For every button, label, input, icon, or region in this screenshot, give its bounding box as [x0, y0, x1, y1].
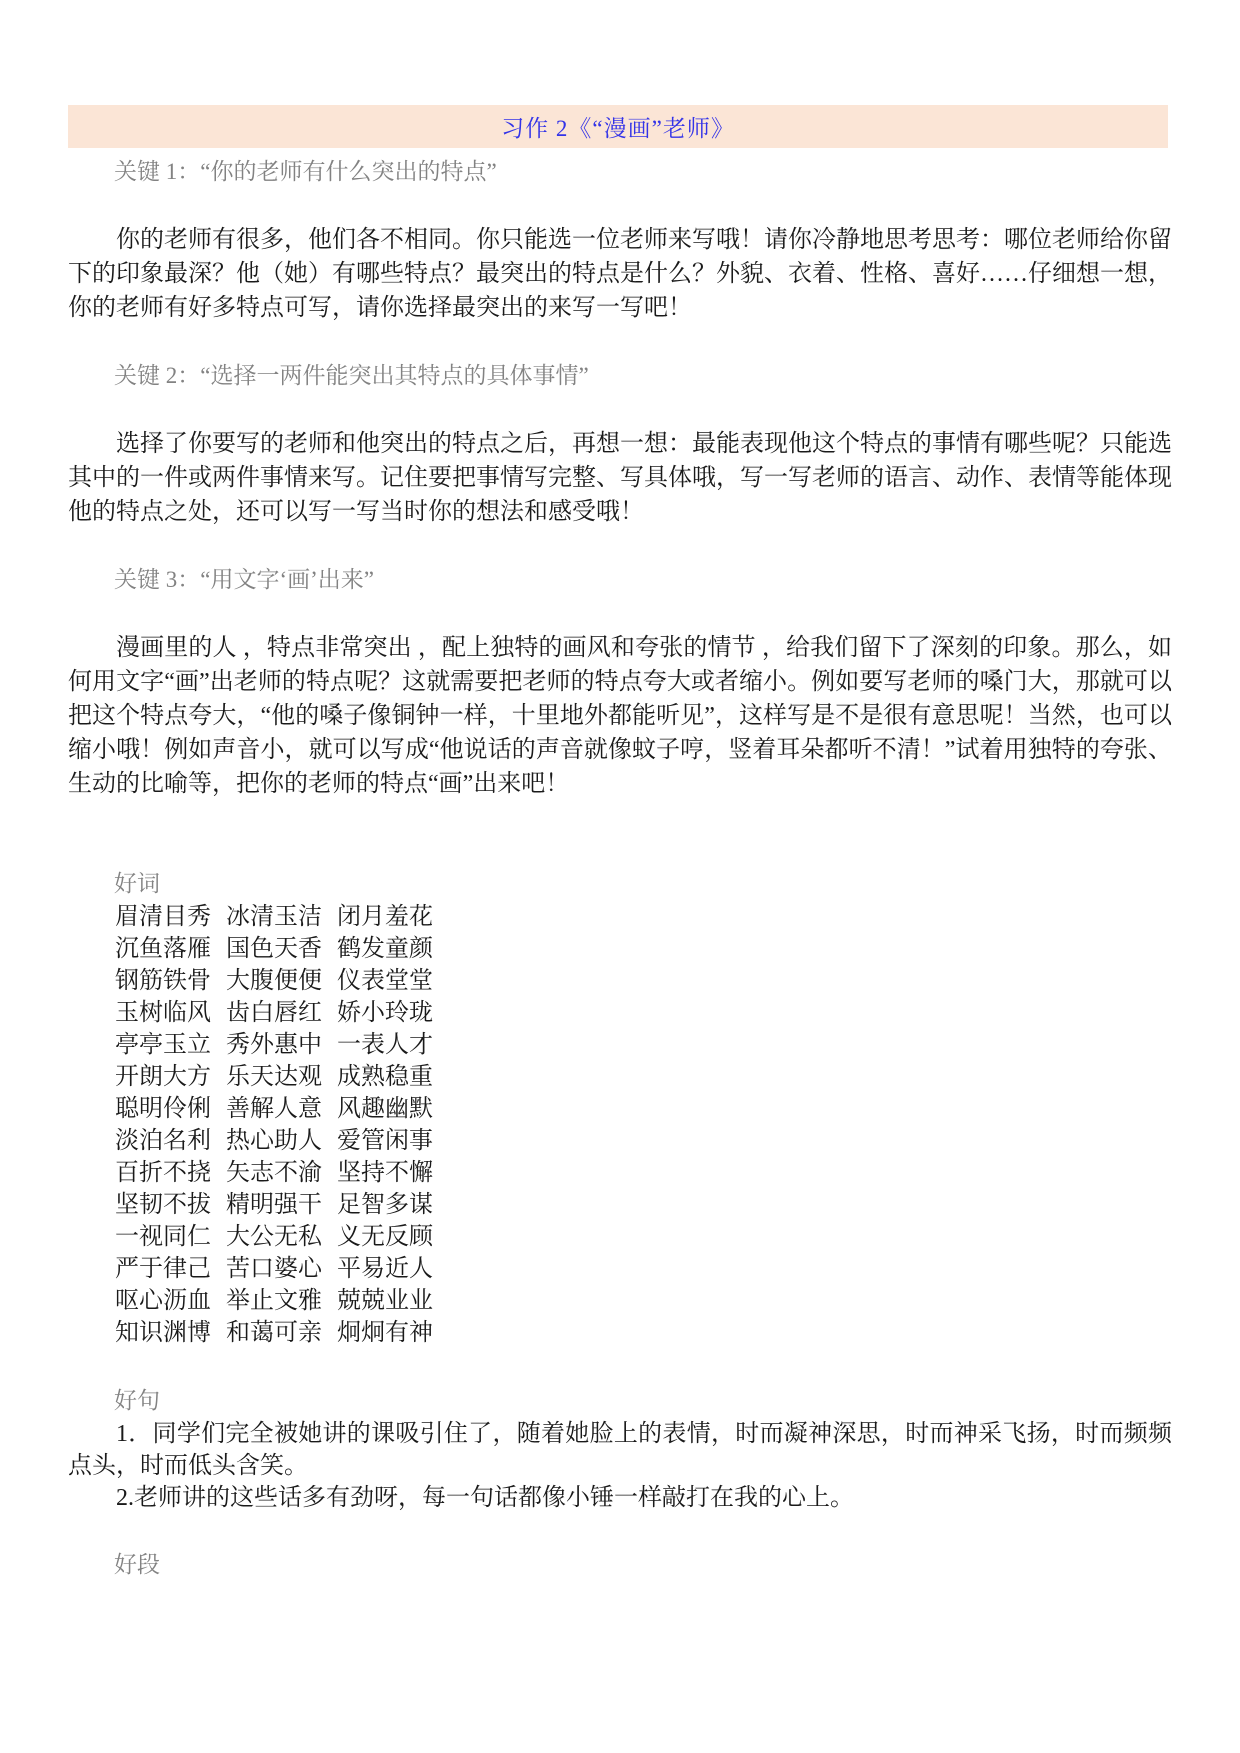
key-1-paragraph: 你的老师有很多，他们各不相同。你只能选一位老师来写哦！请你冷静地思考思考：哪位老…: [68, 223, 1172, 325]
word-item: 大腹便便: [226, 965, 322, 997]
word-item: 鹤发童颜: [337, 933, 433, 965]
key-1-heading: 关键 1：“你的老师有什么突出的特点”: [68, 155, 1172, 189]
word-item: 精明强干: [226, 1189, 322, 1221]
section-key-2: 关键 2：“选择一两件能突出其特点的具体事情” 选择了你要写的老师和他突出的特点…: [68, 359, 1172, 529]
key-2-paragraph: 选择了你要写的老师和他突出的特点之后，再想一想：最能表现他这个特点的事情有哪些呢…: [68, 427, 1172, 529]
word-item: 沉鱼落雁: [115, 933, 211, 965]
word-row: 百折不挠 矢志不渝 坚持不懈: [115, 1157, 1172, 1189]
word-item: 一表人才: [337, 1029, 433, 1061]
word-item: 和蔼可亲: [226, 1317, 322, 1349]
word-row: 严于律己 苦口婆心 平易近人: [115, 1253, 1172, 1285]
word-item: 苦口婆心: [226, 1253, 322, 1285]
key-2-heading: 关键 2：“选择一两件能突出其特点的具体事情”: [68, 359, 1172, 393]
word-row: 呕心沥血 举止文雅 兢兢业业: [115, 1285, 1172, 1317]
word-row: 沉鱼落雁 国色天香 鹤发童颜: [115, 933, 1172, 965]
section-key-1: 关键 1：“你的老师有什么突出的特点” 你的老师有很多，他们各不相同。你只能选一…: [68, 155, 1172, 325]
word-item: 一视同仁: [115, 1221, 211, 1253]
word-item: 严于律己: [115, 1253, 211, 1285]
word-item: 国色天香: [226, 933, 322, 965]
word-item: 齿白唇红: [226, 997, 322, 1029]
document-page: 习作 2《“漫画”老师》 关键 1：“你的老师有什么突出的特点” 你的老师有很多…: [0, 0, 1240, 1753]
section-good-paragraphs: 好段: [68, 1548, 1172, 1582]
word-item: 炯炯有神: [337, 1317, 433, 1349]
word-item: 举止文雅: [226, 1285, 322, 1317]
key-3-heading: 关键 3：“用文字‘画’出来”: [68, 563, 1172, 597]
word-item: 兢兢业业: [337, 1285, 433, 1317]
section-key-3: 关键 3：“用文字‘画’出来” 漫画里的人 ，特点非常突出 ，配上独特的画风和夸…: [68, 563, 1172, 801]
word-row: 亭亭玉立 秀外惠中 一表人才: [115, 1029, 1172, 1061]
word-item: 义无反顾: [337, 1221, 433, 1253]
good-sentence-item: 1．同学们完全被她讲的课吸引住了，随着她脸上的表情，时而凝神深思，时而神采飞扬，…: [68, 1418, 1172, 1482]
word-row: 开朗大方 乐天达观 成熟稳重: [115, 1061, 1172, 1093]
section-good-words: 好词 眉清目秀 冰清玉洁 闭月羞花 沉鱼落雁 国色天香 鹤发童颜 钢筋铁骨 大腹…: [68, 867, 1172, 1349]
document-title: 习作 2《“漫画”老师》: [501, 110, 735, 143]
word-item: 呕心沥血: [115, 1285, 211, 1317]
word-item: 爱管闲事: [337, 1125, 433, 1157]
section-good-sentences: 好句 1．同学们完全被她讲的课吸引住了，随着她脸上的表情，时而凝神深思，时而神采…: [68, 1384, 1172, 1514]
word-item: 坚韧不拔: [115, 1189, 211, 1221]
word-item: 知识渊博: [115, 1317, 211, 1349]
word-item: 乐天达观: [226, 1061, 322, 1093]
word-row: 坚韧不拔 精明强干 足智多谋: [115, 1189, 1172, 1221]
word-item: 秀外惠中: [226, 1029, 322, 1061]
title-bar: 习作 2《“漫画”老师》: [68, 105, 1168, 148]
word-item: 冰清玉洁: [226, 901, 322, 933]
word-item: 成熟稳重: [337, 1061, 433, 1093]
word-row: 知识渊博 和蔼可亲 炯炯有神: [115, 1317, 1172, 1349]
word-row: 聪明伶俐 善解人意 风趣幽默: [115, 1093, 1172, 1125]
word-row: 玉树临风 齿白唇红 娇小玲珑: [115, 997, 1172, 1029]
good-sentence-item: 2.老师讲的这些话多有劲呀，每一句话都像小锤一样敲打在我的心上。: [68, 1482, 1172, 1514]
word-item: 坚持不懈: [337, 1157, 433, 1189]
word-row: 一视同仁 大公无私 义无反顾: [115, 1221, 1172, 1253]
word-item: 百折不挠: [115, 1157, 211, 1189]
word-item: 眉清目秀: [115, 901, 211, 933]
document-content: 习作 2《“漫画”老师》 关键 1：“你的老师有什么突出的特点” 你的老师有很多…: [0, 105, 1240, 1582]
word-item: 亭亭玉立: [115, 1029, 211, 1061]
word-item: 钢筋铁骨: [115, 965, 211, 997]
word-item: 娇小玲珑: [337, 997, 433, 1029]
word-item: 玉树临风: [115, 997, 211, 1029]
word-item: 善解人意: [226, 1093, 322, 1125]
word-row: 钢筋铁骨 大腹便便 仪表堂堂: [115, 965, 1172, 997]
key-3-paragraph: 漫画里的人 ，特点非常突出 ，配上独特的画风和夸张的情节 ，给我们留下了深刻的印…: [68, 631, 1172, 801]
word-item: 足智多谋: [337, 1189, 433, 1221]
word-item: 仪表堂堂: [337, 965, 433, 997]
word-item: 聪明伶俐: [115, 1093, 211, 1125]
word-row: 淡泊名利 热心助人 爱管闲事: [115, 1125, 1172, 1157]
good-words-label: 好词: [68, 867, 1172, 901]
word-item: 开朗大方: [115, 1061, 211, 1093]
word-item: 淡泊名利: [115, 1125, 211, 1157]
word-item: 矢志不渝: [226, 1157, 322, 1189]
good-words-list: 眉清目秀 冰清玉洁 闭月羞花 沉鱼落雁 国色天香 鹤发童颜 钢筋铁骨 大腹便便 …: [68, 901, 1172, 1349]
word-item: 热心助人: [226, 1125, 322, 1157]
word-item: 大公无私: [226, 1221, 322, 1253]
word-item: 风趣幽默: [337, 1093, 433, 1125]
word-row: 眉清目秀 冰清玉洁 闭月羞花: [115, 901, 1172, 933]
word-item: 闭月羞花: [337, 901, 433, 933]
good-sentences-label: 好句: [68, 1384, 1172, 1418]
good-sentences-list: 1．同学们完全被她讲的课吸引住了，随着她脸上的表情，时而凝神深思，时而神采飞扬，…: [68, 1418, 1172, 1514]
word-item: 平易近人: [337, 1253, 433, 1285]
good-paragraphs-label: 好段: [68, 1548, 1172, 1582]
